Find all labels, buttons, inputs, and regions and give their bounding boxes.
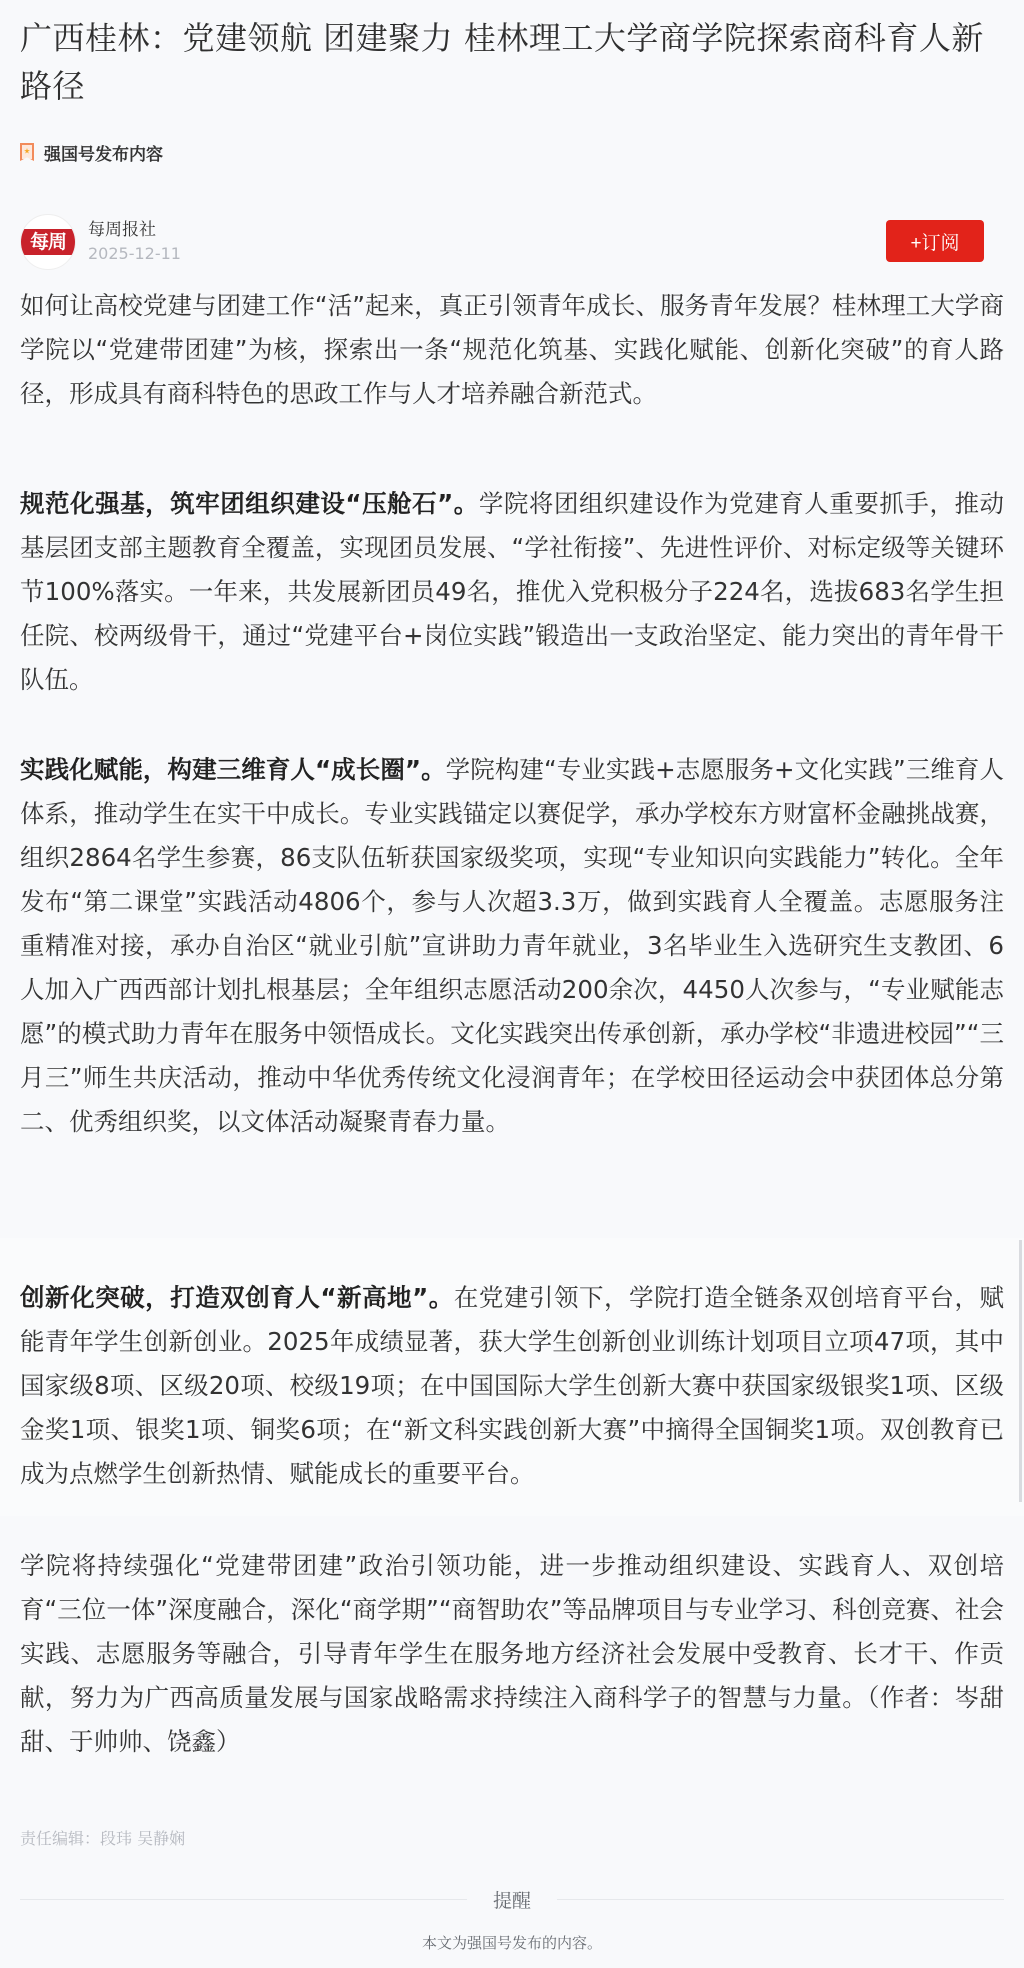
paragraph-intro: 如何让高校党建与团建工作“活”起来，真正引领青年成长、服务青年发展？桂林理工大学… bbox=[20, 284, 1004, 416]
source-tag-label: 强国号发布内容 bbox=[44, 140, 163, 165]
notice-divider: 提醒 bbox=[20, 1884, 1004, 1914]
paragraph-lead: 实践化赋能，构建三维育人“成长圈”。 bbox=[20, 755, 446, 784]
badge-star-icon bbox=[20, 143, 34, 161]
scrollbar[interactable] bbox=[1019, 1240, 1022, 1502]
paragraph-text: 学院将团组织建设作为党建育人重要抓手，推动基层团支部主题教育全覆盖，实现团员发展… bbox=[20, 489, 1004, 694]
article-title: 广西桂林：党建领航 团建聚力 桂林理工大学商学院探索商科育人新路径 bbox=[20, 14, 1004, 110]
divider-line-right bbox=[557, 1899, 1004, 1900]
author-row: 每周 每周报社 2025-12-11 +订阅 bbox=[20, 214, 1004, 270]
notice-text: 本文为强国号发布的内容。 bbox=[0, 1932, 1024, 1953]
subscribe-button[interactable]: +订阅 bbox=[886, 220, 984, 262]
paragraph-innovation: 创新化突破，打造双创育人“新高地”。在党建引领下，学院打造全链条双创培育平台，赋… bbox=[20, 1276, 1004, 1496]
paragraph-practice: 实践化赋能，构建三维育人“成长圈”。学院构建“专业实践+志愿服务+文化实践”三维… bbox=[20, 748, 1004, 1144]
author-meta: 每周报社 2025-12-11 bbox=[88, 219, 181, 265]
responsible-editor: 责任编辑：段玮 吴静娴 bbox=[20, 1826, 185, 1849]
paragraph-lead: 规范化强基，筑牢团组织建设“压舱石”。 bbox=[20, 489, 479, 518]
paragraph-conclusion: 学院将持续强化“党建带团建”政治引领功能，进一步推动组织建设、实践育人、双创培育… bbox=[20, 1544, 1004, 1764]
paragraph-text: 如何让高校党建与团建工作“活”起来，真正引领青年成长、服务青年发展？桂林理工大学… bbox=[20, 291, 1004, 408]
article-page: 广西桂林：党建领航 团建聚力 桂林理工大学商学院探索商科育人新路径 强国号发布内… bbox=[0, 0, 1024, 1968]
avatar[interactable]: 每周 bbox=[20, 214, 76, 270]
source-tag: 强国号发布内容 bbox=[20, 140, 163, 164]
avatar-logo-text: 每周 bbox=[21, 229, 75, 255]
divider-line-left bbox=[20, 1899, 467, 1900]
paragraph-text: 学院构建“专业实践+志愿服务+文化实践”三维育人体系，推动学生在实干中成长。专业… bbox=[20, 755, 1004, 1136]
notice-title: 提醒 bbox=[467, 1886, 557, 1913]
author-name[interactable]: 每周报社 bbox=[88, 219, 181, 241]
paragraph-lead: 创新化突破，打造双创育人“新高地”。 bbox=[20, 1283, 454, 1312]
paragraph-text: 学院将持续强化“党建带团建”政治引领功能，进一步推动组织建设、实践育人、双创培育… bbox=[20, 1551, 1004, 1756]
publish-date: 2025-12-11 bbox=[88, 243, 181, 265]
paragraph-text: 在党建引领下，学院打造全链条双创培育平台，赋能青年学生创新创业。2025年成绩显… bbox=[20, 1283, 1004, 1488]
paragraph-standardization: 规范化强基，筑牢团组织建设“压舱石”。学院将团组织建设作为党建育人重要抓手，推动… bbox=[20, 482, 1004, 702]
